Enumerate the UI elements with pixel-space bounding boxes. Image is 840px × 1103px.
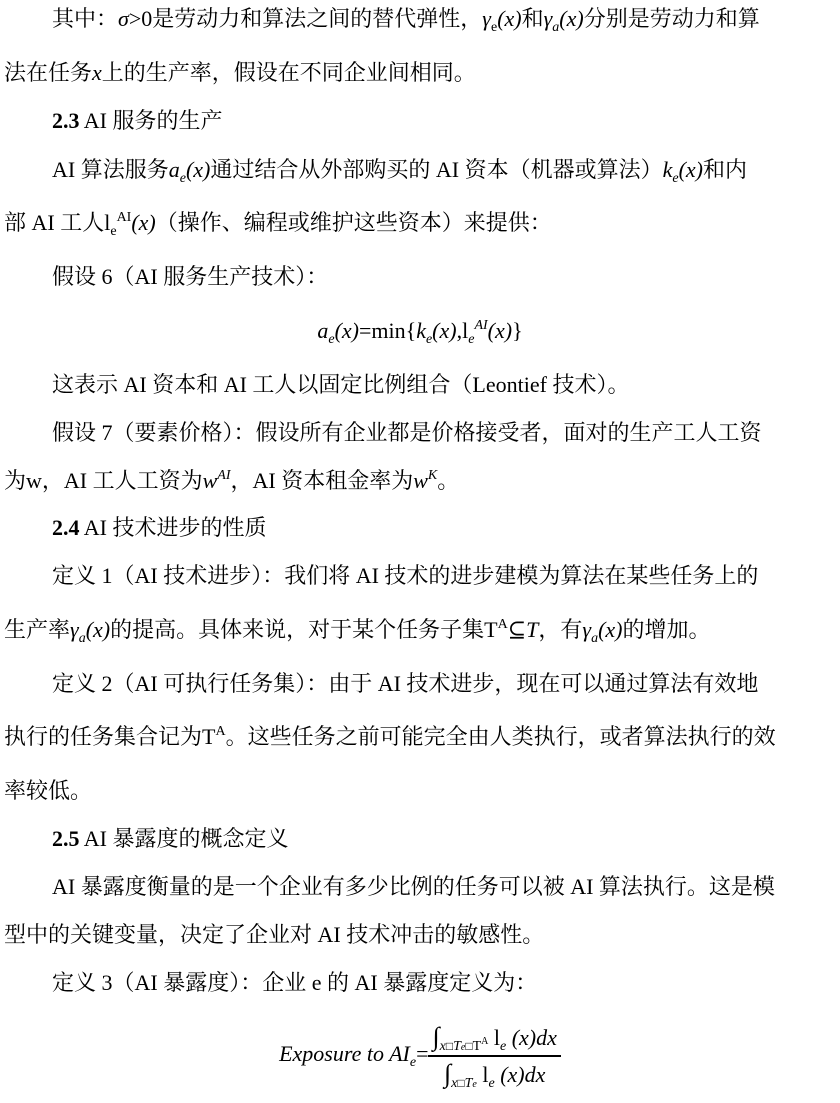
text: >0是劳动力和算法之间的替代弹性， <box>129 6 482 31</box>
heading-text: AI 技术进步的性质 <box>80 515 267 540</box>
text: 分别是劳动力和算 <box>584 6 760 31</box>
paragraph-line: 执行的任务集合记为TA。这些任务之前可能完全由人类执行，或者算法执行的效 <box>4 722 776 752</box>
math: (x) <box>186 157 210 182</box>
math: a <box>169 157 180 182</box>
math: (x) <box>559 6 583 31</box>
subscript: e <box>472 1079 476 1090</box>
superscript: AI <box>117 210 132 225</box>
text: 为w，AI 工人工资为 <box>4 468 203 493</box>
math: k <box>663 157 673 182</box>
text: 部 AI 工人 <box>4 210 104 235</box>
math: k <box>416 318 426 343</box>
paragraph-line: 生产率γa(x)的提高。具体来说，对于某个任务子集TA⊆T，有γa(x)的增加。 <box>4 615 711 645</box>
text: 。 <box>437 468 459 493</box>
math: = <box>416 1041 428 1066</box>
math: (x) <box>679 157 703 182</box>
math: dx <box>525 1062 546 1087</box>
text: ，有 <box>538 617 582 642</box>
text: 。这些任务之前可能完全由人类执行，或者算法执行的效 <box>226 724 776 749</box>
text: 这表示 AI 资本和 AI 工人以固定比例组合（Leontief 技术）。 <box>52 372 629 397</box>
superscript: A <box>498 617 508 632</box>
math: (x) <box>131 210 155 235</box>
text: 假设 7（要素价格）：假设所有企业都是价格接受者，面对的生产工人工资 <box>52 420 762 445</box>
gamma-symbol: γ <box>544 6 553 31</box>
math: =min{ <box>359 318 416 343</box>
paragraph-line: 部 AI 工人leAI(x)（操作、编程或维护这些资本）来提供： <box>4 208 552 238</box>
math: T <box>473 1039 482 1054</box>
math: a <box>317 318 328 343</box>
math: (x) <box>497 6 521 31</box>
text: 定义 3（AI 暴露度）：企业 e 的 AI 暴露度定义为： <box>52 970 537 995</box>
math: (x) <box>488 318 512 343</box>
equation-ai-service: ae(x)=min{ke(x),leAI(x)} <box>0 316 840 346</box>
math: x <box>92 60 102 85</box>
text: 定义 1（AI 技术进步）：我们将 AI 技术的进步建模为算法在某些任务上的 <box>52 563 758 588</box>
text: 型中的关键变量，决定了企业对 AI 技术冲击的敏感性。 <box>4 922 544 947</box>
missing-glyph-icon: □ <box>465 1039 472 1053</box>
math: (x) <box>512 1025 536 1050</box>
text: 生产率 <box>4 617 70 642</box>
text: 的增加。 <box>622 617 710 642</box>
math: (x) <box>432 318 456 343</box>
gamma-symbol: γ <box>70 617 79 642</box>
heading-text: AI 服务的生产 <box>80 108 223 133</box>
numerator: ∫x□Te□TA le (x)dx <box>428 1022 560 1057</box>
text: 法在任务 <box>4 60 92 85</box>
subscript: a <box>79 631 86 646</box>
math: Exposure to AI <box>279 1041 410 1066</box>
definition-1: 定义 1（AI 技术进步）：我们将 AI 技术的进步建模为算法在某些任务上的 <box>52 561 758 591</box>
definition-2: 定义 2（AI 可执行任务集）：由于 AI 技术进步，现在可以通过算法有效地 <box>52 669 758 699</box>
text: 假设 6（AI 服务生产技术）： <box>52 264 328 289</box>
subscript: e <box>488 1076 494 1091</box>
math: T <box>526 617 538 642</box>
paragraph-line: 率较低。 <box>4 776 92 806</box>
section-heading-2-4: 2.4 AI 技术进步的性质 <box>52 513 267 543</box>
text: AI 暴露度衡量的是一个企业有多少比例的任务可以被 AI 算法执行。这是模 <box>52 874 775 899</box>
math: } <box>512 318 523 343</box>
math: w <box>203 468 218 493</box>
superscript: K <box>428 468 437 483</box>
heading-number: 2.4 <box>52 515 80 540</box>
paragraph-line: 法在任务x上的生产率，假设在不同企业间相同。 <box>4 58 476 88</box>
superscript: AI <box>217 468 230 483</box>
missing-glyph-icon: □ <box>446 1039 453 1053</box>
heading-number: 2.5 <box>52 826 80 851</box>
text: 率较低。 <box>4 778 92 803</box>
text: 执行的任务集合记为T <box>4 724 215 749</box>
gamma-symbol: γ <box>582 617 591 642</box>
math: w <box>413 468 428 493</box>
superscript: A <box>481 1036 488 1047</box>
assumption-7: 假设 7（要素价格）：假设所有企业都是价格接受者，面对的生产工人工资 <box>52 418 762 448</box>
text: （操作、编程或维护这些资本）来提供： <box>156 210 552 235</box>
paragraph-line: 型中的关键变量，决定了企业对 AI 技术冲击的敏感性。 <box>4 920 544 950</box>
subscript: e <box>500 1039 506 1054</box>
math: (x) <box>335 318 359 343</box>
text: 上的生产率，假设在不同企业间相同。 <box>102 60 476 85</box>
fraction: ∫x□Te□TA le (x)dx ∫x□Te le (x)dx <box>428 1022 560 1090</box>
paragraph-line: AI 暴露度衡量的是一个企业有多少比例的任务可以被 AI 算法执行。这是模 <box>52 872 775 902</box>
denominator: ∫x□Te le (x)dx <box>428 1057 560 1090</box>
math: dx <box>536 1025 557 1050</box>
equation-exposure: Exposure to AIe= ∫x□Te□TA le (x)dx ∫x□Te… <box>0 1014 840 1094</box>
text: 其中： <box>52 6 118 31</box>
missing-glyph-icon: □ <box>457 1076 464 1090</box>
definition-3: 定义 3（AI 暴露度）：企业 e 的 AI 暴露度定义为： <box>52 968 537 998</box>
sigma-symbol: σ <box>118 6 129 31</box>
paragraph-line: 为w，AI 工人工资为wAI，AI 资本租金率为wK。 <box>4 466 459 496</box>
subscript: e <box>110 224 116 239</box>
text: 和内 <box>703 157 747 182</box>
assumption-6: 假设 6（AI 服务生产技术）： <box>52 262 328 292</box>
text: 定义 2（AI 可执行任务集）：由于 AI 技术进步，现在可以通过算法有效地 <box>52 671 758 696</box>
text: ，AI 资本租金率为 <box>231 468 414 493</box>
integral-symbol: ∫ <box>432 1022 439 1051</box>
superscript: A <box>215 724 225 739</box>
gamma-symbol: γ <box>482 6 491 31</box>
text: 和 <box>522 6 544 31</box>
subset-symbol: ⊆ <box>508 617 526 642</box>
subscript: e <box>468 332 474 347</box>
paragraph-line: 这表示 AI 资本和 AI 工人以固定比例组合（Leontief 技术）。 <box>52 370 629 400</box>
text: 的提高。具体来说，对于某个任务子集T <box>110 617 497 642</box>
section-heading-2-5: 2.5 AI 暴露度的概念定义 <box>52 824 289 854</box>
math: T <box>453 1039 461 1054</box>
text: 通过结合从外部购买的 AI 资本（机器或算法） <box>210 157 662 182</box>
subscript: a <box>591 631 598 646</box>
math: (x) <box>500 1062 524 1087</box>
math: (x) <box>598 617 622 642</box>
paragraph-line: AI 算法服务ae(x)通过结合从外部购买的 AI 资本（机器或算法）ke(x)… <box>52 155 747 185</box>
superscript: AI <box>474 318 487 333</box>
paragraph-line: 其中：σ>0是劳动力和算法之间的替代弹性，γe(x)和γa(x)分别是劳动力和算 <box>52 4 760 34</box>
text: AI 算法服务 <box>52 157 169 182</box>
section-heading-2-3: 2.3 AI 服务的生产 <box>52 106 223 136</box>
heading-number: 2.3 <box>52 108 80 133</box>
heading-text: AI 暴露度的概念定义 <box>80 826 289 851</box>
math: (x) <box>86 617 110 642</box>
